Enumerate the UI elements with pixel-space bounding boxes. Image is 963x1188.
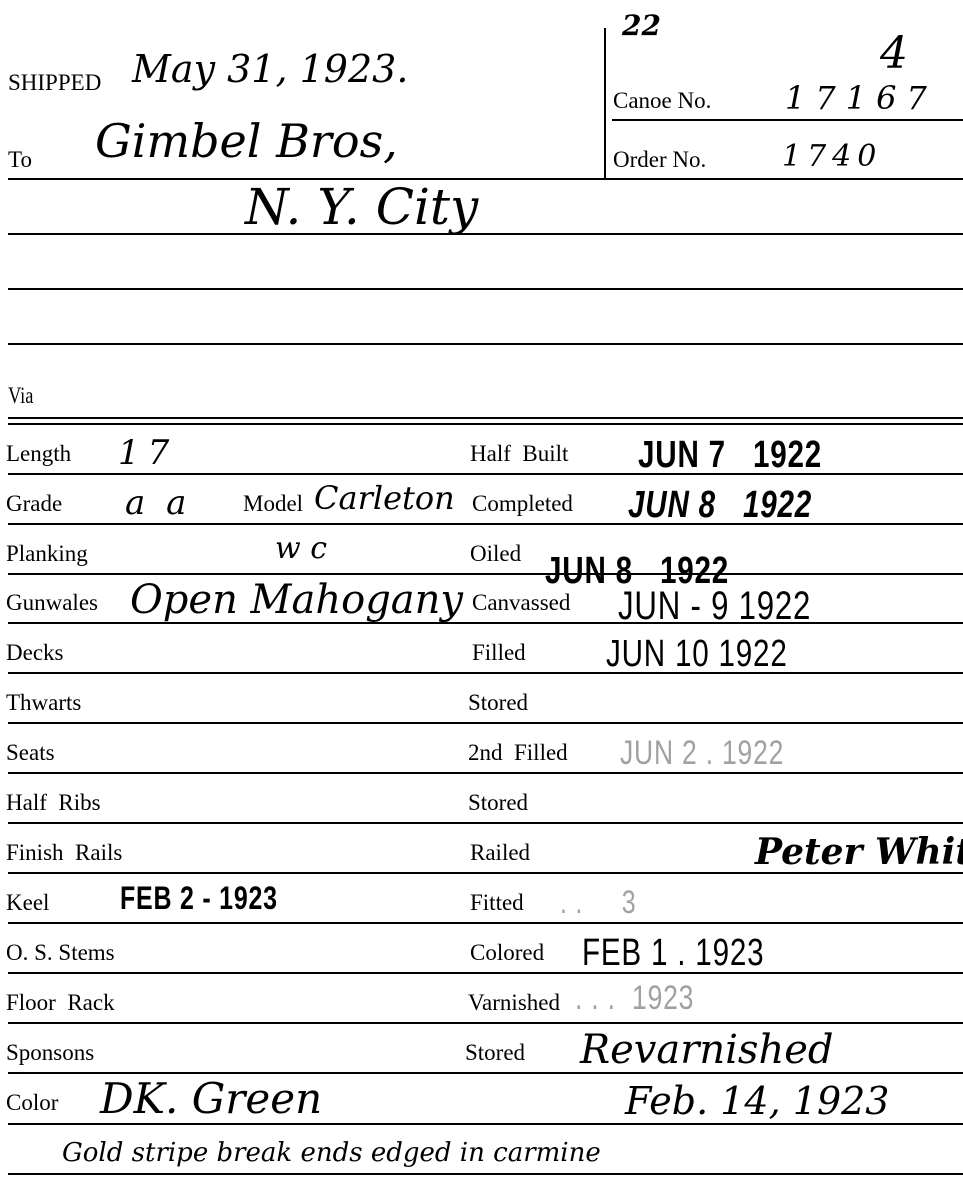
row-line	[8, 672, 963, 674]
canoe-no-value: 17167	[785, 82, 937, 114]
half-built-stamp: JUN 7 1922	[638, 436, 822, 474]
varnished-label: Varnished	[468, 991, 560, 1014]
row-line	[8, 972, 963, 974]
via-label: Via	[8, 384, 33, 407]
length-label: Length	[6, 442, 71, 465]
canoe-no-mark: 4	[880, 32, 908, 76]
length-value: 17	[118, 436, 177, 470]
fitted-label: Fitted	[470, 891, 524, 914]
color-label: Color	[6, 1091, 58, 1114]
address-line-2	[8, 233, 963, 235]
gunwales-value: Open Mahogany	[130, 580, 463, 620]
varnished-stamp: . . . 1923	[575, 981, 694, 1015]
address-line-4	[8, 343, 963, 345]
half-built-label: Half Built	[470, 442, 568, 465]
trim-note: Gold stripe break ends edged in carmine	[62, 1140, 601, 1166]
os-stems-label: O. S. Stems	[6, 941, 115, 964]
order-no-underline	[600, 178, 963, 180]
via-underline	[8, 417, 963, 419]
canoe-build-record-card: SHIPPED May 31, 1923. To Gimbel Bros, N.…	[0, 0, 963, 1188]
oiled-label: Oiled	[470, 542, 521, 565]
second-filled-stamp: JUN 2 . 1922	[620, 736, 784, 770]
order-no-label: Order No.	[613, 148, 706, 171]
order-no-value: 1740	[782, 142, 882, 172]
stored-revarnished-value: Revarnished	[580, 1030, 833, 1070]
row-line	[8, 722, 963, 724]
floor-rack-label: Floor Rack	[6, 991, 115, 1014]
grade-label: Grade	[6, 492, 62, 515]
row-line	[8, 1173, 963, 1175]
canoe-no-label: Canoe No.	[613, 89, 711, 112]
color-value: DK. Green	[100, 1078, 322, 1120]
second-filled-label: 2nd Filled	[468, 741, 568, 764]
row-line	[8, 922, 963, 924]
canoe-no-underline	[612, 119, 963, 121]
row-line	[8, 523, 963, 525]
to-label: To	[8, 148, 32, 171]
seats-label: Seats	[6, 741, 55, 764]
thwarts-label: Thwarts	[6, 691, 81, 714]
to-value-line2: N. Y. City	[245, 182, 478, 232]
fitted-stamp: . . 3	[560, 886, 636, 918]
address-line-3	[8, 288, 963, 290]
sponsons-label: Sponsons	[6, 1041, 94, 1064]
planking-label: Planking	[6, 542, 88, 565]
model-label: Model	[243, 492, 303, 515]
row-line	[8, 822, 963, 824]
row-line	[8, 573, 963, 575]
colored-label: Colored	[470, 941, 544, 964]
shipped-label: SHIPPED	[8, 71, 101, 94]
stored-label-2: Stored	[468, 791, 528, 814]
completed-stamp: JUN 8 1922	[628, 486, 812, 524]
model-value: Carleton	[314, 482, 455, 514]
row-line	[8, 1123, 963, 1125]
corner-mark: 22	[622, 12, 661, 40]
row-line	[8, 1022, 963, 1024]
filled-stamp: JUN 10 1922	[606, 635, 788, 673]
canvassed-label: Canvassed	[472, 591, 570, 614]
row-line	[8, 772, 963, 774]
railed-signature: Peter White	[755, 834, 963, 870]
stored-label-3: Stored	[465, 1041, 525, 1064]
shipped-date-value: May 31, 1923.	[132, 50, 408, 88]
completed-label: Completed	[472, 492, 573, 515]
header-divider	[604, 28, 606, 180]
to-value-line1: Gimbel Bros,	[95, 118, 398, 164]
stored-label-1: Stored	[468, 691, 528, 714]
canvassed-stamp: JUN - 9 1922	[618, 586, 811, 626]
half-ribs-label: Half Ribs	[6, 791, 101, 814]
grade-value: a a	[125, 486, 186, 520]
finish-rails-label: Finish Rails	[6, 841, 122, 864]
revarnished-date-value: Feb. 14, 1923	[625, 1082, 889, 1120]
keel-stamp: FEB 2 - 1923	[120, 882, 278, 914]
planking-value: w c	[275, 534, 327, 564]
filled-label: Filled	[472, 641, 526, 664]
via-underline-double	[8, 423, 963, 425]
keel-label: Keel	[6, 891, 49, 914]
decks-label: Decks	[6, 641, 63, 664]
railed-label: Railed	[470, 841, 530, 864]
gunwales-label: Gunwales	[6, 591, 98, 614]
colored-stamp: FEB 1 . 1923	[582, 934, 764, 972]
